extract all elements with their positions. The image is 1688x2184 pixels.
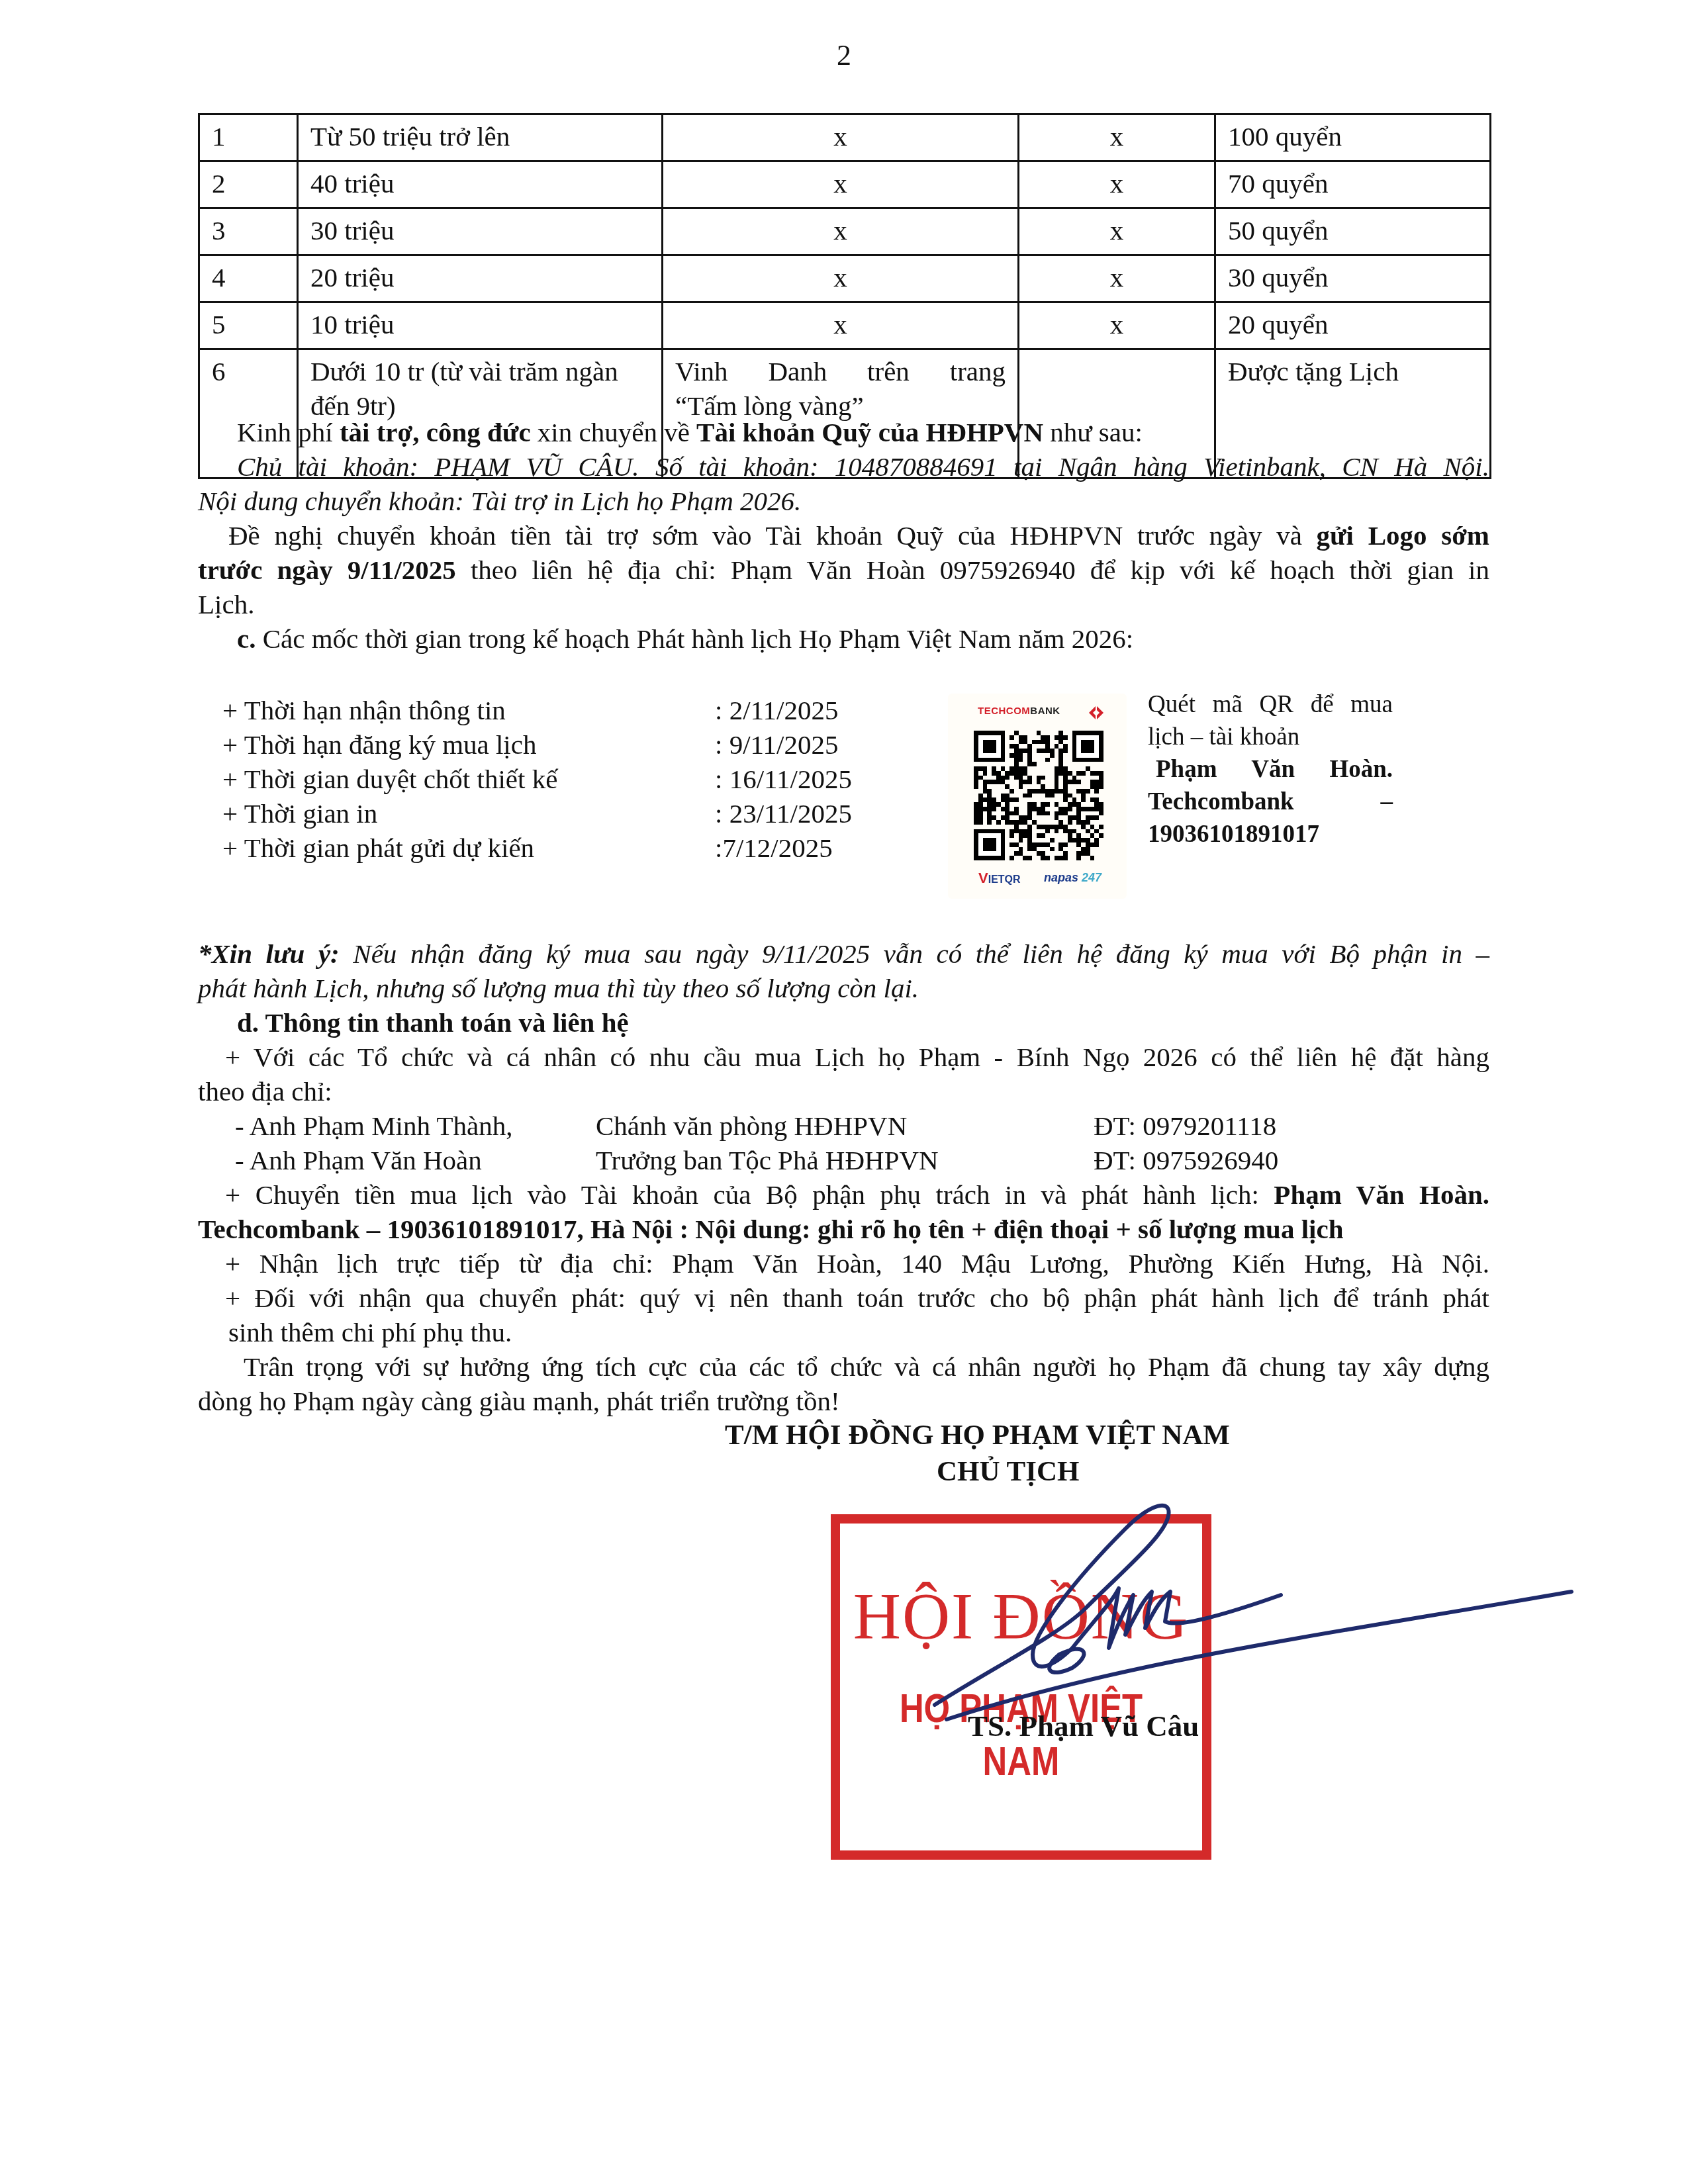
benefit: 70 quyển [1215,161,1491,208]
bold-text: Phạm Văn Hoàn. [1274,1179,1489,1210]
napas-logo: napas 247 [1044,871,1102,885]
vietqr-logo: VIETQR [978,870,1021,887]
qr-caption-line: lịch – tài khoản [1148,721,1393,753]
contact-role: Trưởng ban Tộc Phả HĐHPVN [596,1143,939,1177]
milestone-date: : 2/11/2025 [715,693,838,727]
closing-line-2: dòng họ Phạm ngày càng giàu mạnh, phát t… [198,1384,840,1418]
benefit: 20 quyển [1215,302,1491,349]
sponsor-level: 10 triệu [298,302,663,349]
qr-bank-line: Techcombank– [1148,786,1393,818]
benefit: 30 quyển [1215,255,1491,302]
text: xin chuyển về [531,417,696,447]
official-stamp: HỘI ĐỒNG HỌ PHẠM VIỆT NAM [831,1514,1211,1860]
cell-mark: x [1019,302,1215,349]
note-line-2: phát hành Lịch, nhưng số lượng mua thì t… [198,971,919,1005]
text: theo liên hệ địa chỉ: Phạm Văn Hoàn 0975… [456,555,1489,585]
text: Đề nghị chuyển khoản tiền tài trợ sớm và… [228,520,1317,551]
cell-mark: x [663,161,1019,208]
honor-line: Vinh Danh trên trang [675,354,1006,388]
cell-mark: x [1019,114,1215,161]
text: như sau: [1043,417,1143,447]
techcombank-diamond-icon [1089,705,1103,720]
contact-phone[interactable]: ĐT: 0979201118 [1094,1109,1276,1143]
section-label: c. [237,623,256,654]
contact-role: Chánh văn phòng HĐHPVN [596,1109,907,1143]
dash: – [1381,786,1393,818]
cell-mark: x [1019,208,1215,255]
bank-name: Techcombank [1148,786,1294,818]
table-row: 2 40 triệu x x 70 quyển [199,161,1491,208]
section-c-heading: c. Các mốc thời gian trong kế hoạch Phát… [237,621,1133,656]
contact-phone[interactable]: ĐT: 0975926940 [1094,1143,1278,1177]
bold-text: Tài khoản Quỹ của HĐHPVN [696,417,1043,447]
cell-mark: x [663,208,1019,255]
request-line-3: Lịch. [198,587,254,621]
section-d-heading: d. Thông tin thanh toán và liên hệ [237,1005,629,1040]
pickup-address: + Nhận lịch trực tiếp từ địa chỉ: Phạm V… [225,1246,1489,1281]
transfer-content: Nội dung chuyển khoản: Tài trợ in Lịch h… [198,484,801,518]
contact-name: - Anh Phạm Văn Hoàn [235,1143,482,1177]
milestone-date: : 16/11/2025 [715,762,852,796]
order-intro: + Với các Tổ chức và cá nhân có nhu cầu … [225,1040,1489,1074]
request-line-1: Đề nghị chuyển khoản tiền tài trợ sớm và… [228,518,1489,553]
sponsor-level: 40 triệu [298,161,663,208]
delivery-line-1: + Đối với nhận qua chuyển phát: quý vị n… [225,1281,1489,1315]
signer-title: CHỦ TỊCH [937,1455,1079,1489]
contact-name: - Anh Phạm Minh Thành, [235,1109,513,1143]
text: Nếu nhận đăng ký mua sau ngày 9/11/2025 … [340,938,1489,969]
logo-text: 247 [1082,871,1102,884]
row-number: 1 [199,114,298,161]
note-line-1: *Xin lưu ý: Nếu nhận đăng ký mua sau ngà… [198,936,1489,971]
sponsor-level-line: Dưới 10 tr (từ vài trăm ngàn [310,354,649,388]
request-line-2: trước ngày 9/11/2025 theo liên hệ địa ch… [198,553,1489,587]
bold-text: gửi Logo sớm [1317,520,1490,551]
logo-text: V [978,870,988,886]
milestone-date: : 9/11/2025 [715,727,838,762]
cell-mark: x [663,302,1019,349]
table-row: 4 20 triệu x x 30 quyển [199,255,1491,302]
account-details: Chủ tài khoản: PHẠM VŨ CÂU. Số tài khoản… [237,449,1489,484]
row-number: 4 [199,255,298,302]
milestone-label: + Thời hạn nhận thông tin [222,693,506,727]
row-number: 5 [199,302,298,349]
qr-account-name: Phạm Văn Hoàn. [1148,753,1393,786]
row-number: 3 [199,208,298,255]
milestone-label: + Thời hạn đăng ký mua lịch [222,727,536,762]
transfer-line-2: Techcombank – 19036101891017, Hà Nội : N… [198,1212,1343,1246]
qr-code[interactable] [974,731,1103,860]
logo-text: napas [1044,871,1082,884]
milestone-label: + Thời gian duyệt chốt thiết kế [222,762,557,796]
logo-text: TECHCOM [978,705,1030,717]
text: Kinh phí [237,417,340,447]
milestone-date: :7/12/2025 [715,831,833,865]
cell-mark: x [1019,161,1215,208]
table-row: 5 10 triệu x x 20 quyển [199,302,1491,349]
logo-text: BANK [1030,705,1060,717]
table-row: 3 30 triệu x x 50 quyển [199,208,1491,255]
page-number: 2 [0,38,1688,72]
logo-text: IETQR [988,874,1021,886]
bold-text: trước ngày 9/11/2025 [198,555,456,585]
techcombank-logo: TECHCOMBANK [978,705,1060,717]
milestone-date: : 23/11/2025 [715,796,852,831]
sponsor-level: 30 triệu [298,208,663,255]
closing-line-1: Trân trọng với sự hưởng ứng tích cực của… [244,1349,1489,1384]
cell-mark: x [663,114,1019,161]
milestone-label: + Thời gian phát gửi dự kiến [222,831,534,865]
section-title: Các mốc thời gian trong kế hoạch Phát hà… [256,623,1133,654]
order-intro-2: theo địa chỉ: [198,1074,332,1109]
cell-mark: x [1019,255,1215,302]
milestone-label: + Thời gian in [222,796,377,831]
signing-organization: T/M HỘI ĐỒNG HỌ PHẠM VIỆT NAM [725,1418,1230,1453]
sponsor-level: 20 triệu [298,255,663,302]
cell-mark: x [663,255,1019,302]
note-label: *Xin lưu ý: [198,938,340,969]
row-number: 2 [199,161,298,208]
delivery-line-2: sinh thêm chi phí phụ thu. [228,1315,512,1349]
qr-payment-card: TECHCOMBANK VIETQR napas 247 [948,694,1127,899]
qr-account-number: 19036101891017 [1148,818,1393,850]
signer-name: TS. Phạm Vũ Câu [968,1709,1199,1743]
sponsor-level: Từ 50 triệu trở lên [298,114,663,161]
transfer-line-1: + Chuyển tiền mua lịch vào Tài khoản của… [225,1177,1489,1212]
qr-caption: Quét mã QR để mua lịch – tài khoản Phạm … [1148,688,1393,850]
funding-intro: Kinh phí tài trợ, công đức xin chuyển về… [237,415,1143,449]
table-row: 1 Từ 50 triệu trở lên x x 100 quyển [199,114,1491,161]
benefit: 100 quyển [1215,114,1491,161]
qr-caption-line: Quét mã QR để mua [1148,688,1393,721]
text: + Chuyển tiền mua lịch vào Tài khoản của… [225,1179,1274,1210]
bold-text: tài trợ, công đức [340,417,531,447]
stamp-text: HỘI ĐỒNG [840,1576,1202,1656]
benefit: 50 quyển [1215,208,1491,255]
